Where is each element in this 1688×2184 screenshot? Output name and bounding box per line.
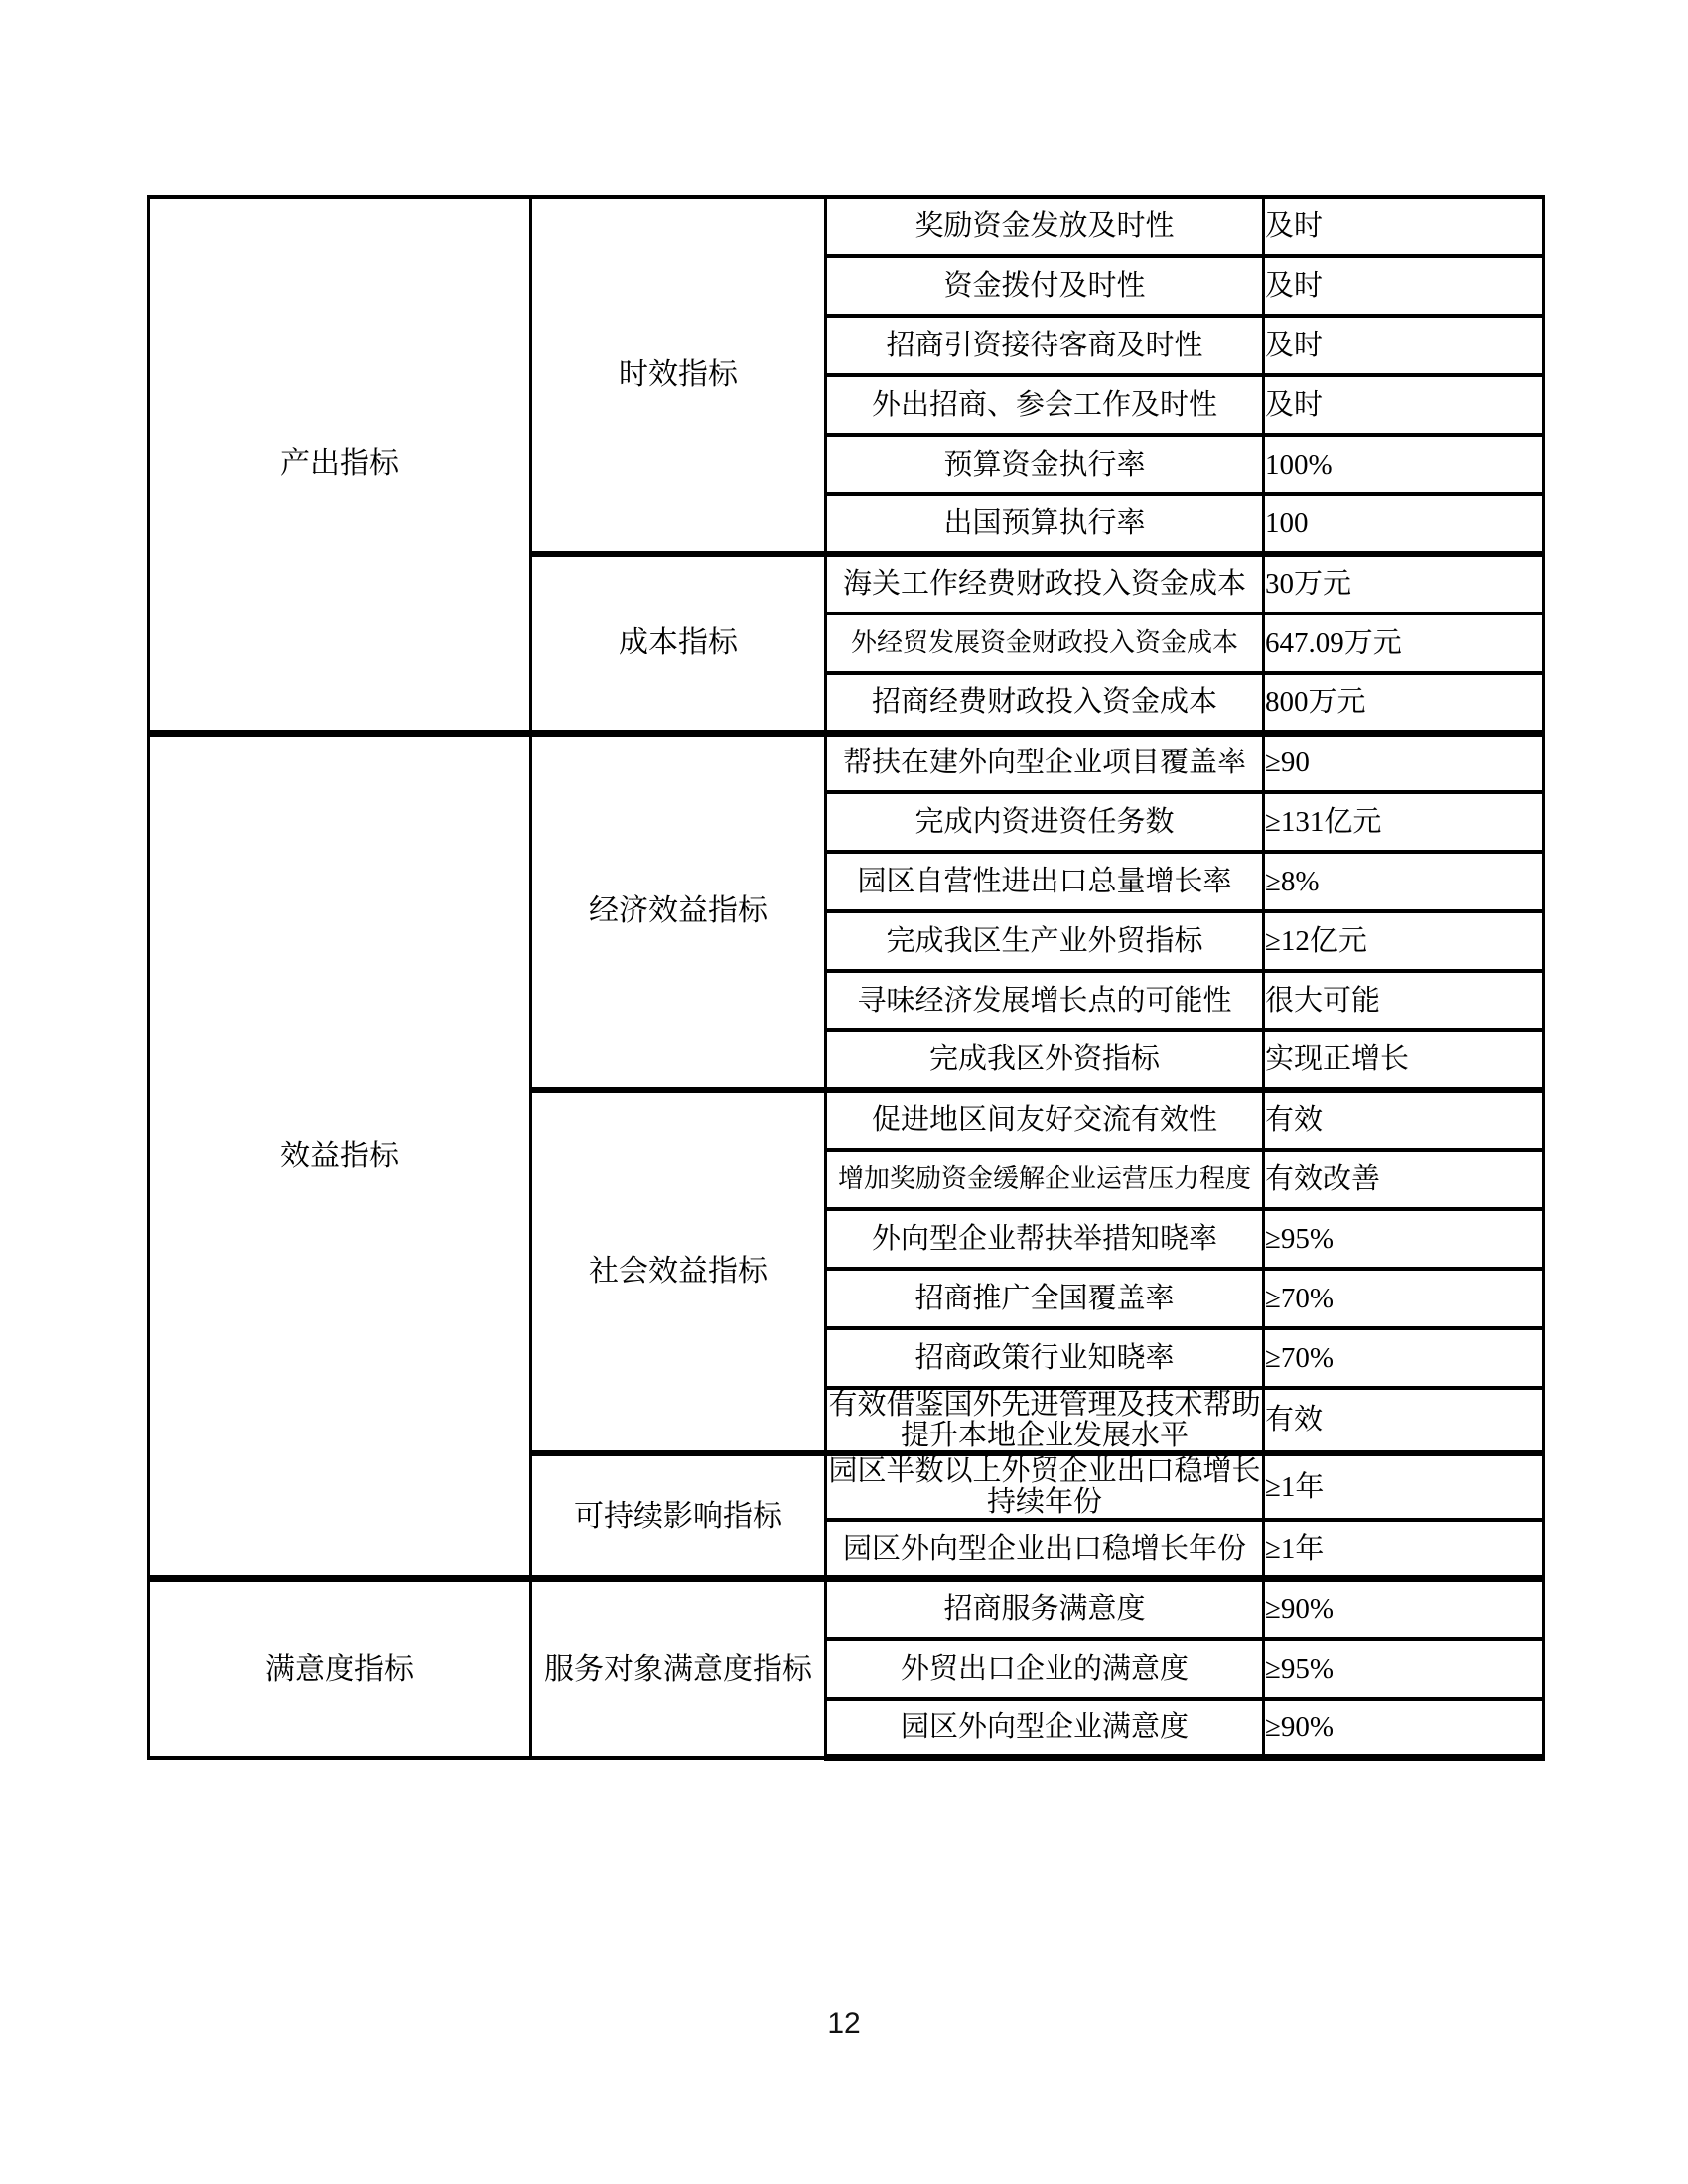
subgroup-cell: 可持续影响指标 — [531, 1453, 826, 1578]
value-cell: 有效 — [1264, 1388, 1544, 1453]
indicator-cell: 预算资金执行率 — [826, 435, 1264, 494]
indicator-cell: 外向型企业帮扶举措知晓率 — [826, 1209, 1264, 1269]
indicator-cell: 外贸出口企业的满意度 — [826, 1639, 1264, 1699]
value-cell: ≥95% — [1264, 1639, 1544, 1699]
value-cell: 及时 — [1264, 256, 1544, 316]
indicator-cell: 有效借鉴国外先进管理及技术帮助提升本地企业发展水平 — [826, 1388, 1264, 1453]
indicator-cell: 帮扶在建外向型企业项目覆盖率 — [826, 733, 1264, 792]
indicator-cell: 完成我区外资指标 — [826, 1030, 1264, 1090]
value-cell: ≥12亿元 — [1264, 911, 1544, 971]
value-cell: 100 — [1264, 494, 1544, 554]
indicator-cell: 完成内资进资任务数 — [826, 792, 1264, 852]
indicator-cell: 园区外向型企业出口稳增长年份 — [826, 1520, 1264, 1579]
indicator-cell: 招商政策行业知晓率 — [826, 1328, 1264, 1388]
value-cell: ≥70% — [1264, 1269, 1544, 1328]
subgroup-cell: 社会效益指标 — [531, 1090, 826, 1453]
indicator-cell: 海关工作经费财政投入资金成本 — [826, 554, 1264, 614]
indicator-cell: 增加奖励资金缓解企业运营压力程度 — [826, 1150, 1264, 1209]
value-cell: ≥70% — [1264, 1328, 1544, 1388]
value-cell: 及时 — [1264, 375, 1544, 435]
indicator-cell: 园区自营性进出口总量增长率 — [826, 852, 1264, 911]
indicator-cell: 招商经费财政投入资金成本 — [826, 673, 1264, 733]
indicator-cell: 完成我区生产业外贸指标 — [826, 911, 1264, 971]
category-cell: 效益指标 — [149, 733, 531, 1579]
category-cell: 产出指标 — [149, 197, 531, 733]
indicator-cell: 园区半数以上外贸企业出口稳增长持续年份 — [826, 1453, 1264, 1519]
value-cell: ≥1年 — [1264, 1520, 1544, 1579]
indicator-cell: 促进地区间友好交流有效性 — [826, 1090, 1264, 1150]
indicator-cell: 招商引资接待客商及时性 — [826, 316, 1264, 375]
value-cell: ≥90% — [1264, 1579, 1544, 1639]
indicator-cell: 奖励资金发放及时性 — [826, 197, 1264, 256]
page-number: 12 — [0, 2007, 1688, 2041]
value-cell: ≥8% — [1264, 852, 1544, 911]
indicator-cell: 招商服务满意度 — [826, 1579, 1264, 1639]
indicator-cell: 资金拨付及时性 — [826, 256, 1264, 316]
value-cell: 800万元 — [1264, 673, 1544, 733]
value-cell: 及时 — [1264, 197, 1544, 256]
value-cell: 647.09万元 — [1264, 614, 1544, 673]
value-cell: ≥1年 — [1264, 1453, 1544, 1519]
value-cell: 30万元 — [1264, 554, 1544, 614]
table-row: 产出指标 时效指标 奖励资金发放及时性 及时 — [149, 197, 1544, 256]
category-cell: 满意度指标 — [149, 1579, 531, 1758]
value-cell: ≥90 — [1264, 733, 1544, 792]
value-cell: ≥131亿元 — [1264, 792, 1544, 852]
indicator-cell: 外出招商、参会工作及时性 — [826, 375, 1264, 435]
table-row: 效益指标 经济效益指标 帮扶在建外向型企业项目覆盖率 ≥90 — [149, 733, 1544, 792]
subgroup-cell: 经济效益指标 — [531, 733, 826, 1090]
subgroup-cell: 成本指标 — [531, 554, 826, 733]
performance-indicators-table: 产出指标 时效指标 奖励资金发放及时性 及时 资金拨付及时性 及时 招商引资接待… — [147, 195, 1545, 1761]
indicator-cell: 出国预算执行率 — [826, 494, 1264, 554]
subgroup-cell: 时效指标 — [531, 197, 826, 554]
value-cell: 很大可能 — [1264, 971, 1544, 1030]
table-row: 满意度指标 服务对象满意度指标 招商服务满意度 ≥90% — [149, 1579, 1544, 1639]
indicator-cell: 招商推广全国覆盖率 — [826, 1269, 1264, 1328]
document-page: 产出指标 时效指标 奖励资金发放及时性 及时 资金拨付及时性 及时 招商引资接待… — [0, 0, 1688, 2184]
value-cell: 有效改善 — [1264, 1150, 1544, 1209]
value-cell: 100% — [1264, 435, 1544, 494]
indicator-cell: 园区外向型企业满意度 — [826, 1699, 1264, 1758]
value-cell: ≥95% — [1264, 1209, 1544, 1269]
value-cell: 有效 — [1264, 1090, 1544, 1150]
value-cell: 实现正增长 — [1264, 1030, 1544, 1090]
subgroup-cell: 服务对象满意度指标 — [531, 1579, 826, 1758]
indicator-cell: 外经贸发展资金财政投入资金成本 — [826, 614, 1264, 673]
indicator-cell: 寻味经济发展增长点的可能性 — [826, 971, 1264, 1030]
value-cell: 及时 — [1264, 316, 1544, 375]
value-cell: ≥90% — [1264, 1699, 1544, 1758]
